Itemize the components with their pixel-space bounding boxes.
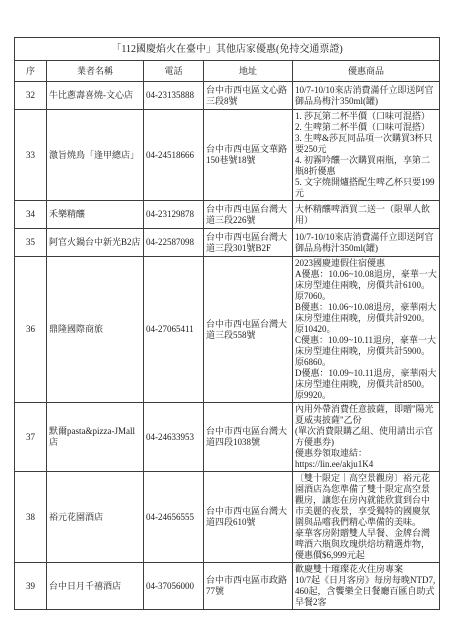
cell-address: 台中市西屯區文心路三段8號 <box>204 82 293 110</box>
table-row: 34 禾樂精釀 04-23129878 台中市西屯區台灣大道三段226號 大杯精… <box>15 201 440 229</box>
cell-business-name: 默爾pasta&pizza-JMall店 <box>47 403 144 472</box>
cell-address: 台中市西屯區文華路150巷號18號 <box>204 110 293 201</box>
cell-phone: 04-24656555 <box>144 472 204 563</box>
cell-address: 台中市西屯區市政路77號 <box>204 563 293 610</box>
cell-business-name: 牛比蔥壽喜燒-文心店 <box>47 82 144 110</box>
cell-address: 台中市西屯區台灣大道四段610號 <box>204 472 293 563</box>
cell-address: 台中市西屯區台灣大道四段1038號 <box>204 403 293 472</box>
discount-table: 「112國慶焰火在臺中」其他店家優惠(免持交通票證) 序 業者名稱 電話 地址 … <box>14 37 440 610</box>
cell-business-name: 禾樂精釀 <box>47 201 144 229</box>
cell-offer: 大杯精釀啤酒買二送一（限單人飲用） <box>293 201 440 229</box>
header-phone: 電話 <box>144 61 204 82</box>
cell-offer: 〔雙十限定｜高空景觀房〕裕元花園酒店為您準備了雙十限定高空景觀房，讓您在房內就能… <box>293 472 440 563</box>
cell-business-name: 台中日月千禧酒店 <box>47 563 144 610</box>
table-title: 「112國慶焰火在臺中」其他店家優惠(免持交通票證) <box>15 38 440 61</box>
table-row: 35 阿官火鍋台中新光B2店 04-22587098 台中市西屯區台灣大道三段3… <box>15 229 440 257</box>
table-body: 32 牛比蔥壽喜燒-文心店 04-23135888 台中市西屯區文心路三段8號 … <box>15 82 440 610</box>
cell-phone: 04-23129878 <box>144 201 204 229</box>
header-seq: 序 <box>15 61 47 82</box>
table-title-row: 「112國慶焰火在臺中」其他店家優惠(免持交通票證) <box>15 38 440 61</box>
cell-offer: 2023國慶連假住宿優惠 A優惠：10.06~10.08退房，豪華一大床房型連住… <box>293 257 440 403</box>
cell-seq: 39 <box>15 563 47 610</box>
cell-seq: 38 <box>15 472 47 563</box>
table-row: 36 鼎隆國際商旅 04-27065411 台中市西屯區台灣大道三段558號 2… <box>15 257 440 403</box>
cell-seq: 32 <box>15 82 47 110</box>
cell-offer: 1. 莎瓦第二杯半價（口味可混搭） 2. 生啤第二杯半價（口味可混搭） 3. 生… <box>293 110 440 201</box>
table-row: 37 默爾pasta&pizza-JMall店 04-24633953 台中市西… <box>15 403 440 472</box>
cell-seq: 33 <box>15 110 47 201</box>
cell-seq: 37 <box>15 403 47 472</box>
cell-phone: 04-37056000 <box>144 563 204 610</box>
cell-offer: 10/7-10/10來店消費滿仟立即送阿官御品烏梅汁350ml(罐) <box>293 82 440 110</box>
cell-seq: 35 <box>15 229 47 257</box>
cell-business-name: 鼎隆國際商旅 <box>47 257 144 403</box>
cell-phone: 04-24518666 <box>144 110 204 201</box>
table-row: 32 牛比蔥壽喜燒-文心店 04-23135888 台中市西屯區文心路三段8號 … <box>15 82 440 110</box>
cell-phone: 04-23135888 <box>144 82 204 110</box>
cell-business-name: 激旨燒鳥「逢甲總店」 <box>47 110 144 201</box>
cell-business-name: 裕元花園酒店 <box>47 472 144 563</box>
table-header-row: 序 業者名稱 電話 地址 優惠商品 <box>15 61 440 82</box>
cell-seq: 34 <box>15 201 47 229</box>
cell-offer: 歡慶雙十璀璨花火住房專案 10/7起《日月客房》每房每晚NTD7,460起，含饗… <box>293 563 440 610</box>
header-address: 地址 <box>204 61 293 82</box>
cell-seq: 36 <box>15 257 47 403</box>
cell-offer: 10/7-10/10來店消費滿仟立即送阿官御品烏梅汁350ml(罐) <box>293 229 440 257</box>
cell-address: 台中市西屯區台灣大道三段558號 <box>204 257 293 403</box>
header-offer: 優惠商品 <box>293 61 440 82</box>
cell-phone: 04-24633953 <box>144 403 204 472</box>
cell-address: 台中市西屯區台灣大道三段226號 <box>204 201 293 229</box>
header-business-name: 業者名稱 <box>47 61 144 82</box>
document-page: 「112國慶焰火在臺中」其他店家優惠(免持交通票證) 序 業者名稱 電話 地址 … <box>0 0 453 640</box>
cell-offer: 內用外帶消費任意披薩，即贈"陽光夏威夷披薩"乙份 (單次消費限購乙組、使用請出示… <box>293 403 440 472</box>
cell-address: 台中市西屯區台灣大道三段301號B2F <box>204 229 293 257</box>
table-row: 33 激旨燒鳥「逢甲總店」 04-24518666 台中市西屯區文華路150巷號… <box>15 110 440 201</box>
cell-phone: 04-22587098 <box>144 229 204 257</box>
table-row: 38 裕元花園酒店 04-24656555 台中市西屯區台灣大道四段610號 〔… <box>15 472 440 563</box>
cell-phone: 04-27065411 <box>144 257 204 403</box>
cell-business-name: 阿官火鍋台中新光B2店 <box>47 229 144 257</box>
table-row: 39 台中日月千禧酒店 04-37056000 台中市西屯區市政路77號 歡慶雙… <box>15 563 440 610</box>
